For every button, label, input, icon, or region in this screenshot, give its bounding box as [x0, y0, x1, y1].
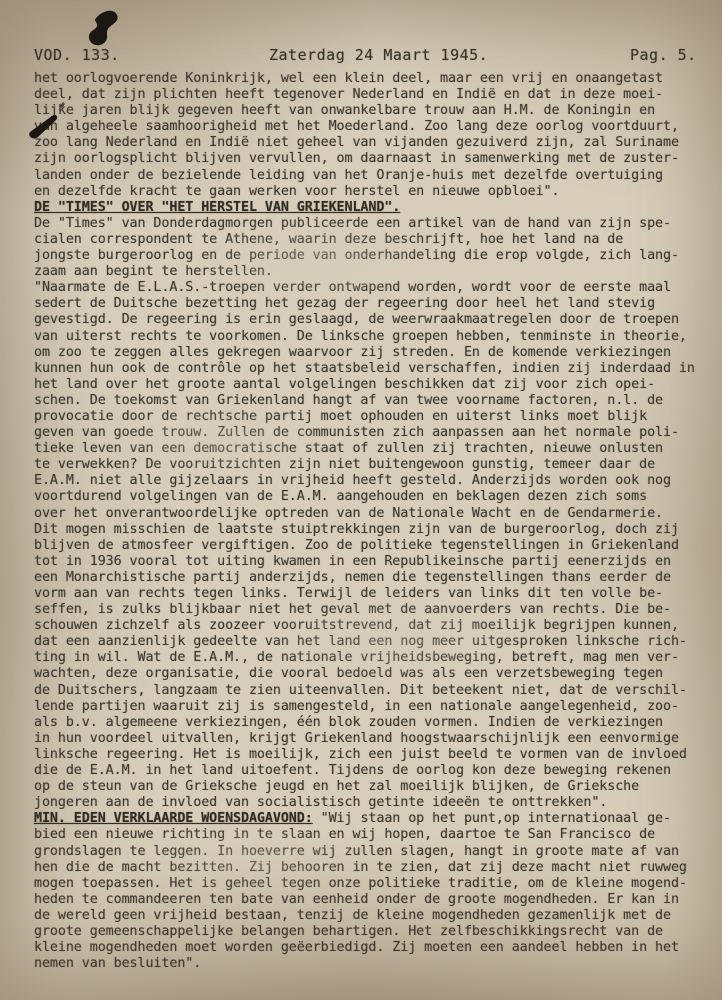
date-line: Zaterdag 24 Maart 1945. [269, 46, 630, 64]
heading-times-griekenland: DE "TIMES" OVER "HET HERSTEL VAN GRIEKEN… [34, 200, 716, 216]
paragraph-eden-statement: MIN. EDEN VERKLAARDE WOENSDAGAVOND: "Wij… [34, 811, 716, 972]
paragraph-eden-text: "Wij staan op het punt,op internationaal… [34, 811, 687, 971]
document-page: VOD. 133. Zaterdag 24 Maart 1945. Pag. 5… [0, 0, 722, 1000]
paragraph-times-griekenland: De "Times" van Donderdagmorgen publiceer… [34, 216, 716, 811]
page-number: Pag. 5. [630, 46, 716, 64]
heading-eden-verklaarde: MIN. EDEN VERKLAARDE WOENSDAGAVOND: [34, 811, 313, 826]
page-header: VOD. 133. Zaterdag 24 Maart 1945. Pag. 5… [34, 46, 716, 64]
issue-number: VOD. 133. [34, 46, 269, 64]
ink-hook-mark [89, 11, 118, 45]
paragraph-suriname-continuation: het oorlogvoerende Koninkrijk, wel een k… [34, 71, 716, 200]
